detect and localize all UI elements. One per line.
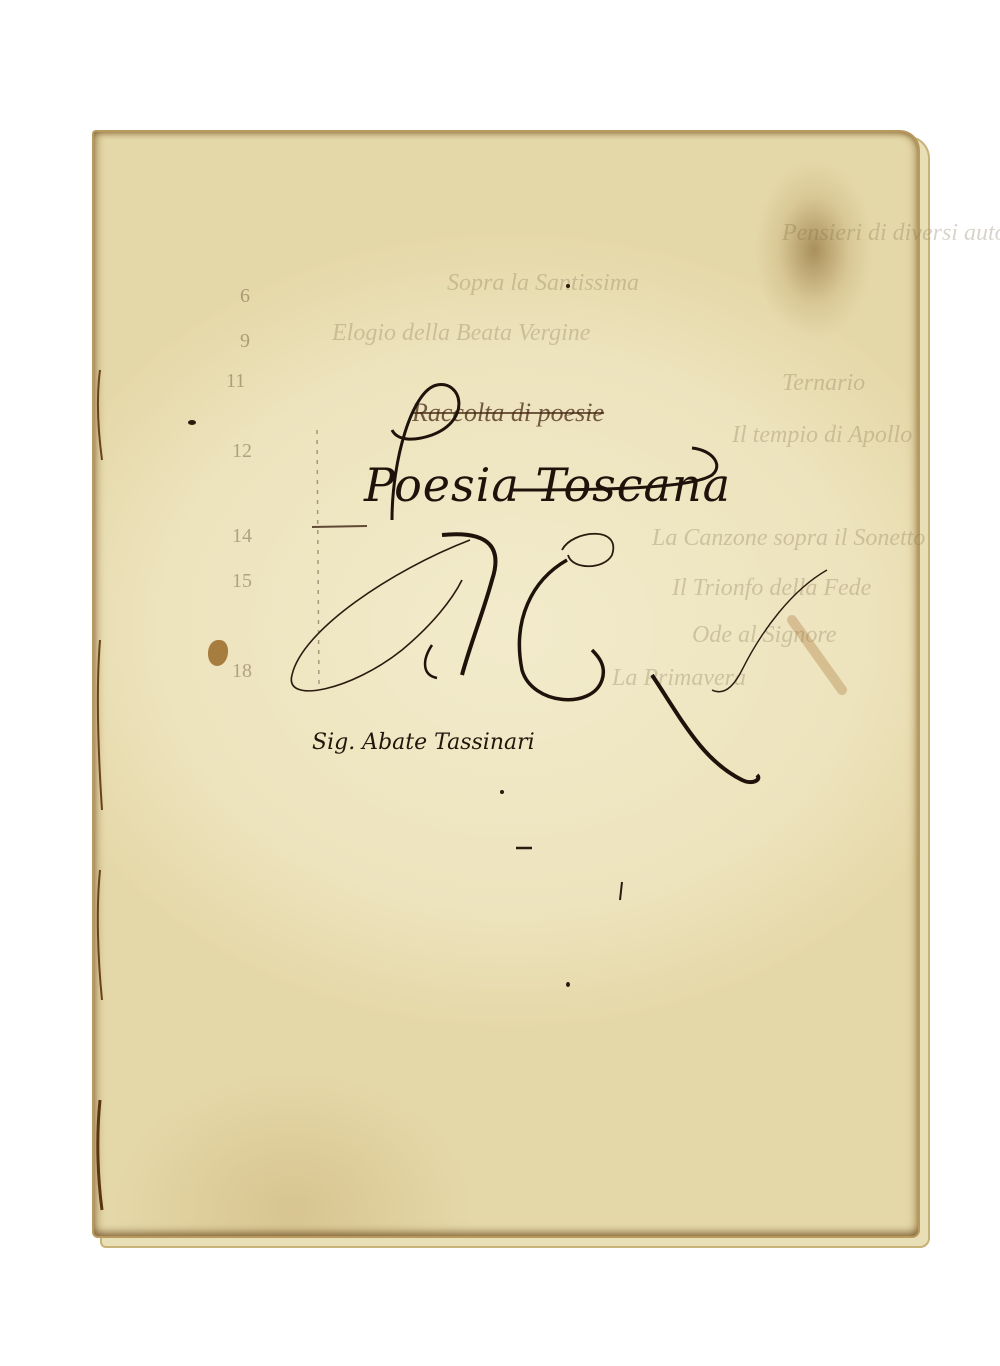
ink-dot (566, 284, 570, 288)
ink-dot (500, 790, 504, 794)
cover-page: Pensieri di diversi autori Sopra la Sant… (92, 130, 920, 1238)
ink-dot (566, 982, 570, 987)
manuscript: Pensieri di diversi autori Sopra la Sant… (92, 130, 932, 1250)
monogram-flourish (92, 130, 920, 1238)
ink-dot (188, 420, 196, 425)
